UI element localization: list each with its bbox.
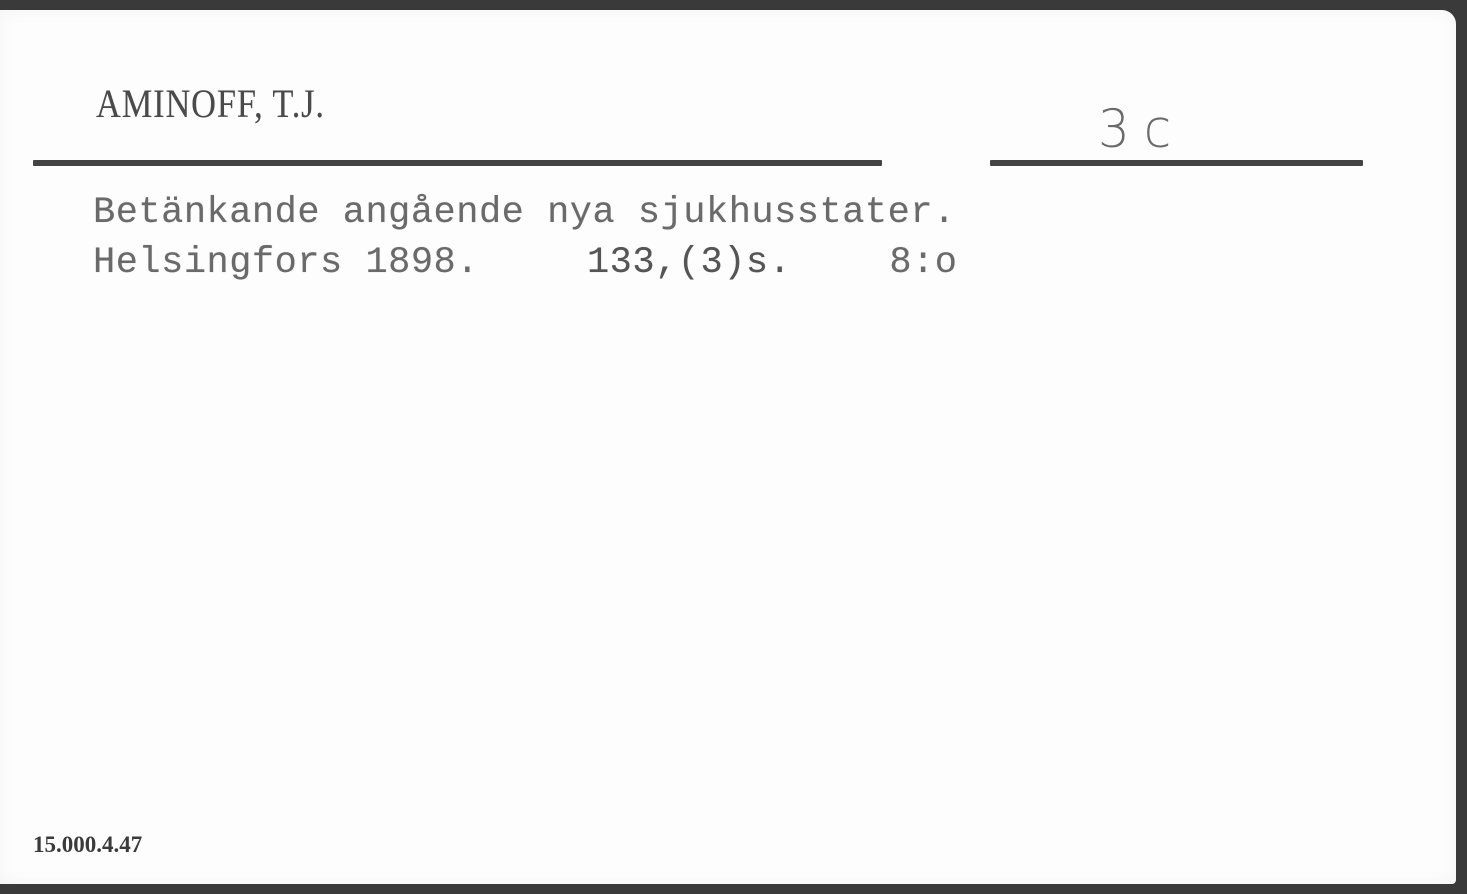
pagination: 133,(3)s. bbox=[587, 242, 791, 284]
catalog-card: AMINOFF, T.J. 3c Betänkande angående nya… bbox=[0, 10, 1456, 884]
heading-rule-right bbox=[990, 160, 1363, 166]
shelfmark-handwritten: 3c bbox=[1098, 99, 1185, 160]
author-heading: AMINOFF, T.J. bbox=[96, 80, 325, 127]
card-print-code: 15.000.4.47 bbox=[33, 832, 142, 858]
book-title: Betänkande angående nya sjukhusstater. bbox=[93, 192, 956, 234]
place-year: Helsingfors 1898. bbox=[93, 242, 479, 284]
imprint-line: Helsingfors 1898.133,(3)s.8:o bbox=[93, 242, 957, 284]
book-format: 8:o bbox=[889, 242, 957, 284]
heading-rule-left bbox=[33, 160, 882, 166]
